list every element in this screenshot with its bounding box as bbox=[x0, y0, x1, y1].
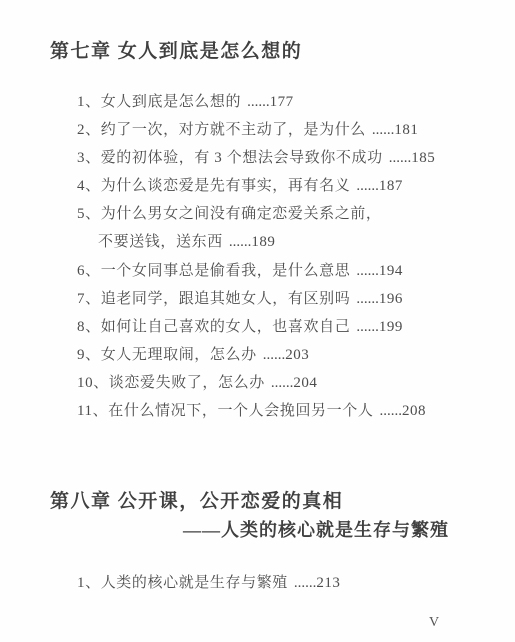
toc-entry: 4、为什么谈恋爱是先有事实，再有名义......187 bbox=[77, 174, 435, 202]
toc-entry-continuation: 不要送钱，送东西......189 bbox=[77, 230, 435, 258]
toc-entry-page: 181 bbox=[394, 122, 418, 138]
toc-entry-leader: ...... bbox=[247, 94, 270, 110]
toc-entry-label: 1、人类的核心就是生存与繁殖 bbox=[77, 575, 288, 591]
toc-entry-page: 199 bbox=[379, 319, 403, 335]
toc-entry-page: 194 bbox=[379, 263, 403, 279]
chapter8-toc-list: 1、人类的核心就是生存与繁殖......213 bbox=[77, 571, 340, 599]
chapter7-toc-list: 1、女人到底是怎么想的......177 2、约了一次，对方就不主动了，是为什么… bbox=[77, 90, 435, 427]
toc-entry-leader: ...... bbox=[356, 291, 379, 307]
toc-entry-page: 204 bbox=[293, 375, 317, 391]
toc-entry-leader: ...... bbox=[379, 403, 402, 419]
toc-entry: 5、为什么男女之间没有确定恋爱关系之前， bbox=[77, 202, 435, 230]
toc-entry-leader: ...... bbox=[356, 319, 379, 335]
toc-entry-leader: ...... bbox=[372, 122, 395, 138]
chapter8-subtitle: ——人类的核心就是生存与繁殖 bbox=[183, 516, 449, 542]
toc-entry: 7、追老同学，跟追其她女人，有区别吗......196 bbox=[77, 287, 435, 315]
toc-entry-leader: ...... bbox=[271, 375, 294, 391]
toc-entry-leader: ...... bbox=[356, 178, 379, 194]
chapter7-heading: 第七章 女人到底是怎么想的 bbox=[50, 36, 302, 63]
toc-entry-leader: ...... bbox=[229, 234, 252, 250]
toc-entry: 3、爱的初体验，有 3 个想法会导致你不成功......185 bbox=[77, 146, 435, 174]
toc-entry-label: 11、在什么情况下，一个人会挽回另一个人 bbox=[77, 403, 373, 419]
toc-entry-label: 9、女人无理取闹，怎么办 bbox=[77, 347, 257, 363]
toc-entry-label: 4、为什么谈恋爱是先有事实，再有名义 bbox=[77, 178, 350, 194]
toc-entry-page: 208 bbox=[402, 403, 426, 419]
toc-entry-label: 不要送钱，送东西 bbox=[98, 234, 223, 250]
toc-entry-label: 3、爱的初体验，有 3 个想法会导致你不成功 bbox=[77, 150, 383, 166]
toc-entry-leader: ...... bbox=[356, 263, 379, 279]
toc-entry-label: 10、谈恋爱失败了，怎么办 bbox=[77, 375, 265, 391]
toc-entry-page: 177 bbox=[270, 94, 294, 110]
toc-entry: 1、人类的核心就是生存与繁殖......213 bbox=[77, 571, 340, 599]
toc-entry-label: 6、一个女同事总是偷看我，是什么意思 bbox=[77, 263, 350, 279]
toc-entry-page: 196 bbox=[379, 291, 403, 307]
toc-entry-leader: ...... bbox=[263, 347, 286, 363]
toc-entry: 8、如何让自己喜欢的女人，也喜欢自己......199 bbox=[77, 315, 435, 343]
toc-entry-label: 2、约了一次，对方就不主动了，是为什么 bbox=[77, 122, 366, 138]
toc-entry-page: 189 bbox=[251, 234, 275, 250]
toc-entry: 6、一个女同事总是偷看我，是什么意思......194 bbox=[77, 259, 435, 287]
toc-page: 第七章 女人到底是怎么想的 1、女人到底是怎么想的......177 2、约了一… bbox=[0, 0, 515, 642]
toc-entry-page: 185 bbox=[411, 150, 435, 166]
toc-entry-leader: ...... bbox=[389, 150, 412, 166]
toc-entry: 10、谈恋爱失败了，怎么办......204 bbox=[77, 371, 435, 399]
toc-entry: 11、在什么情况下，一个人会挽回另一个人......208 bbox=[77, 399, 435, 427]
toc-entry: 9、女人无理取闹，怎么办......203 bbox=[77, 343, 435, 371]
toc-entry-label: 7、追老同学，跟追其她女人，有区别吗 bbox=[77, 291, 350, 307]
toc-entry-page: 213 bbox=[316, 575, 340, 591]
toc-entry-leader: ...... bbox=[294, 575, 317, 591]
page-number: V bbox=[429, 615, 440, 631]
toc-entry-page: 187 bbox=[379, 178, 403, 194]
toc-entry-label: 1、女人到底是怎么想的 bbox=[77, 94, 241, 110]
toc-entry: 1、女人到底是怎么想的......177 bbox=[77, 90, 435, 118]
toc-entry-label: 5、为什么男女之间没有确定恋爱关系之前， bbox=[77, 206, 382, 222]
toc-entry-page: 203 bbox=[285, 347, 309, 363]
toc-entry: 2、约了一次，对方就不主动了，是为什么......181 bbox=[77, 118, 435, 146]
chapter8-heading: 第八章 公开课，公开恋爱的真相 bbox=[50, 486, 343, 513]
toc-entry-label: 8、如何让自己喜欢的女人，也喜欢自己 bbox=[77, 319, 350, 335]
